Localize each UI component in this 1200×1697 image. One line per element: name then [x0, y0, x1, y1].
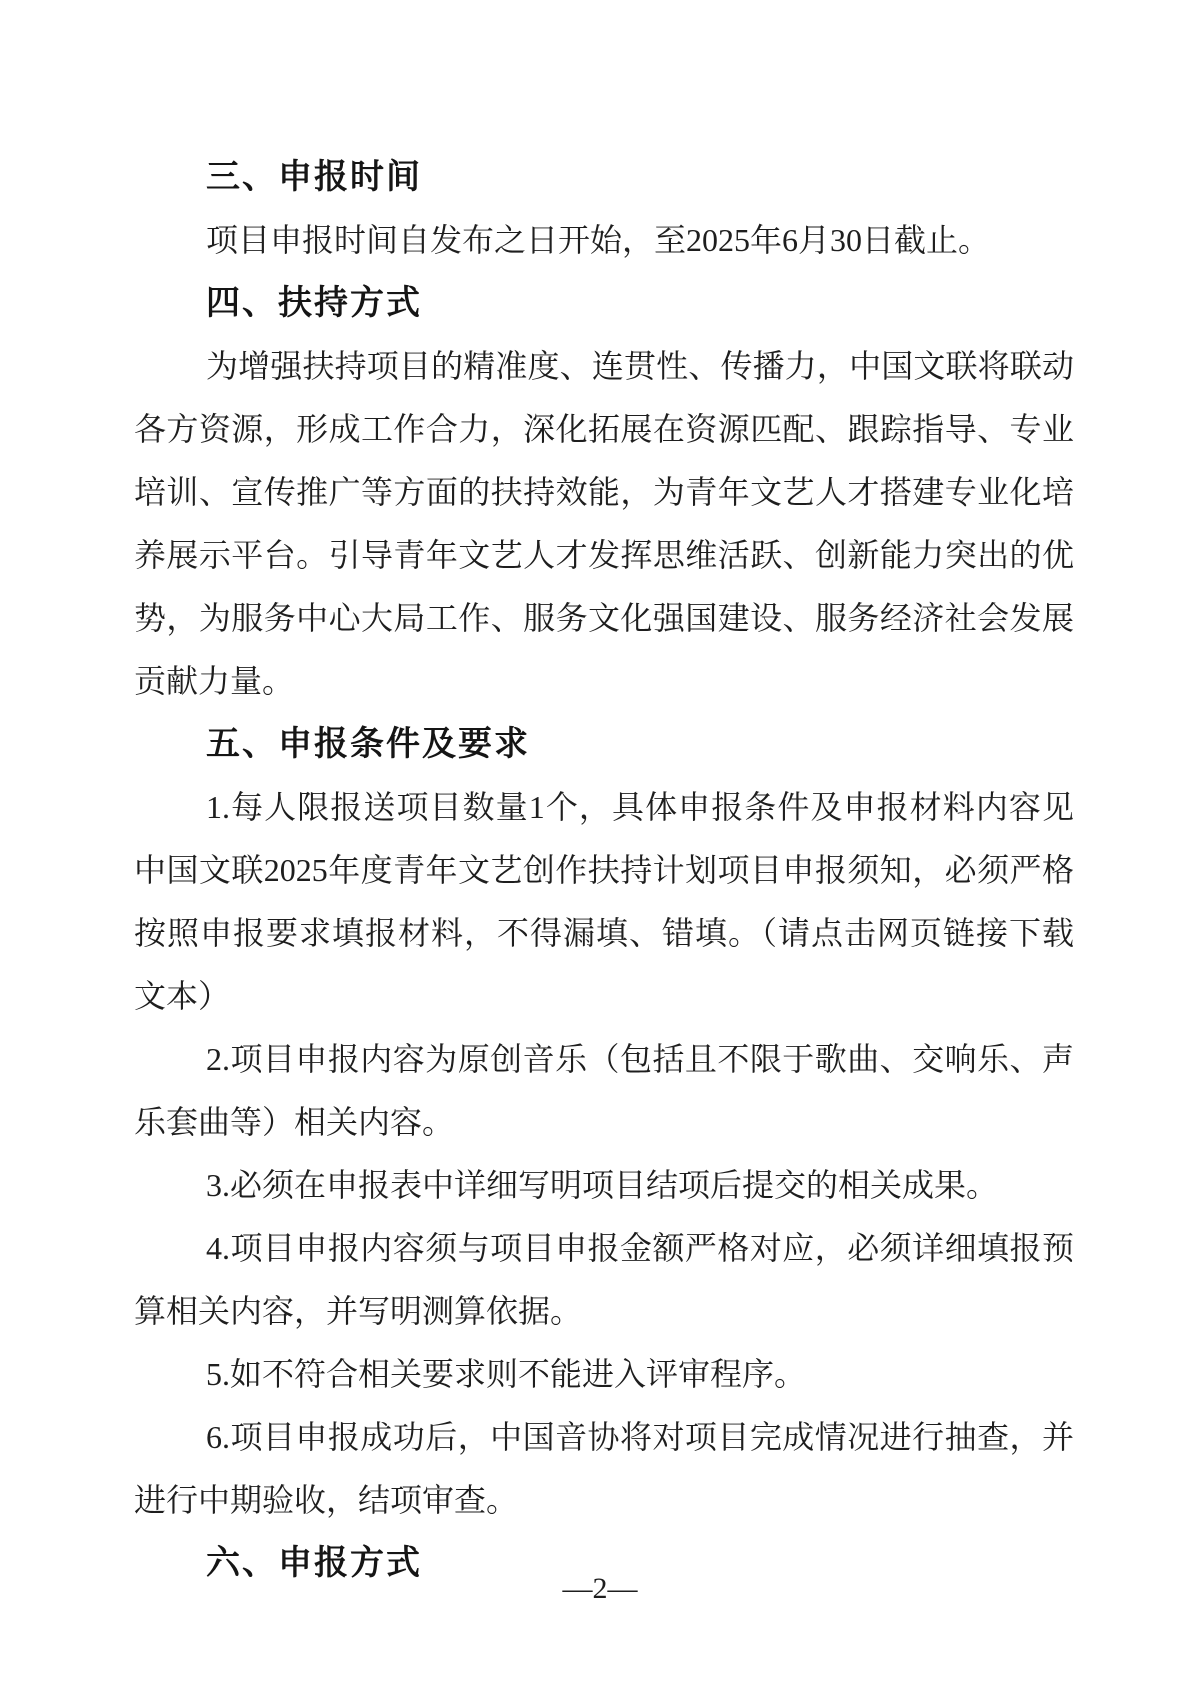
text-line: 1.每人限报送项目数量1个，具体申报条件及申报材料内容见 — [134, 776, 1074, 839]
page-number: —2— — [0, 1573, 1200, 1605]
paragraph: 1.每人限报送项目数量1个，具体申报条件及申报材料内容见中国文联2025年度青年… — [134, 776, 1074, 1028]
paragraph: 2.项目申报内容为原创音乐（包括且不限于歌曲、交响乐、声乐套曲等）相关内容。 — [134, 1028, 1074, 1154]
section-heading: 五、申报条件及要求 — [134, 713, 1074, 776]
text-line: 势，为服务中心大局工作、服务文化强国建设、服务经济社会发展 — [134, 587, 1074, 650]
section-heading: 四、扶持方式 — [134, 272, 1074, 335]
text-line: 按照申报要求填报材料，不得漏填、错填。（请点击网页链接下载 — [134, 902, 1074, 965]
text-line: 进行中期验收，结项审查。 — [134, 1469, 1074, 1532]
text-line: 乐套曲等）相关内容。 — [134, 1091, 1074, 1154]
paragraph: 4.项目申报内容须与项目申报金额严格对应，必须详细填报预算相关内容，并写明测算依… — [134, 1217, 1074, 1343]
section-heading: 三、申报时间 — [134, 146, 1074, 209]
text-line: 文本） — [134, 965, 1074, 1028]
paragraph: 为增强扶持项目的精准度、连贯性、传播力，中国文联将联动各方资源，形成工作合力，深… — [134, 335, 1074, 713]
text-line: 中国文联2025年度青年文艺创作扶持计划项目申报须知，必须严格 — [134, 839, 1074, 902]
text-line: 贡献力量。 — [134, 650, 1074, 713]
document-page: 三、申报时间项目申报时间自发布之日开始，至2025年6月30日截止。四、扶持方式… — [0, 0, 1200, 1697]
text-line: 2.项目申报内容为原创音乐（包括且不限于歌曲、交响乐、声 — [134, 1028, 1074, 1091]
text-line: 6.项目申报成功后，中国音协将对项目完成情况进行抽查，并 — [134, 1406, 1074, 1469]
text-line: 培训、宣传推广等方面的扶持效能，为青年文艺人才搭建专业化培 — [134, 461, 1074, 524]
text-line: 养展示平台。引导青年文艺人才发挥思维活跃、创新能力突出的优 — [134, 524, 1074, 587]
text-line: 为增强扶持项目的精准度、连贯性、传播力，中国文联将联动 — [134, 335, 1074, 398]
text-line: 项目申报时间自发布之日开始，至2025年6月30日截止。 — [134, 209, 1074, 272]
paragraph: 6.项目申报成功后，中国音协将对项目完成情况进行抽查，并进行中期验收，结项审查。 — [134, 1406, 1074, 1532]
text-line: 各方资源，形成工作合力，深化拓展在资源匹配、跟踪指导、专业 — [134, 398, 1074, 461]
text-line: 5.如不符合相关要求则不能进入评审程序。 — [134, 1343, 1074, 1406]
document-content: 三、申报时间项目申报时间自发布之日开始，至2025年6月30日截止。四、扶持方式… — [134, 146, 1074, 1595]
text-line: 算相关内容，并写明测算依据。 — [134, 1280, 1074, 1343]
text-line: 3.必须在申报表中详细写明项目结项后提交的相关成果。 — [134, 1154, 1074, 1217]
paragraph: 5.如不符合相关要求则不能进入评审程序。 — [134, 1343, 1074, 1406]
paragraph: 项目申报时间自发布之日开始，至2025年6月30日截止。 — [134, 209, 1074, 272]
paragraph: 3.必须在申报表中详细写明项目结项后提交的相关成果。 — [134, 1154, 1074, 1217]
text-line: 4.项目申报内容须与项目申报金额严格对应，必须详细填报预 — [134, 1217, 1074, 1280]
